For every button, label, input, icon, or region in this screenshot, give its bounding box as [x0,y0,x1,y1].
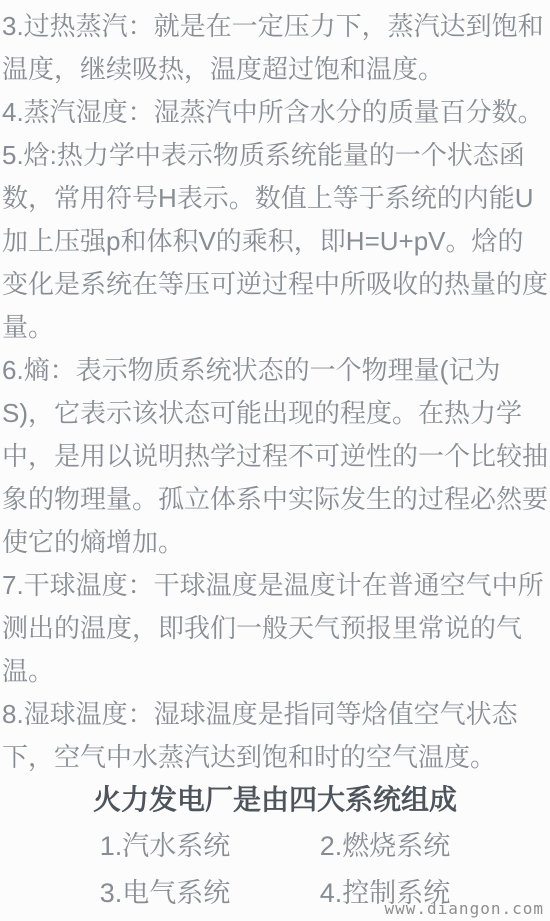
system-item-steam-water: 1.汽水系统 [55,829,275,863]
definition-paragraph-entropy: 6.熵：表示物质系统状态的一个物理量(记为S)，它表示该状态可能出现的程度。在热… [2,349,548,564]
definition-paragraph-wet-bulb-temperature: 8.湿球温度：湿球温度是指同等焓值空气状态下，空气中水蒸汽达到饱和时的空气温度。 [2,693,548,779]
definitions-list: 3.过热蒸汽：就是在一定压力下，蒸汽达到饱和温度，继续吸热，温度超过饱和温度。 … [0,0,550,779]
definition-paragraph-superheated-steam: 3.过热蒸汽：就是在一定压力下，蒸汽达到饱和温度，继续吸热，温度超过饱和温度。 [2,5,548,91]
system-item-combustion: 2.燃烧系统 [275,829,495,863]
article-page: 3.过热蒸汽：就是在一定压力下，蒸汽达到饱和温度，继续吸热，温度超过饱和温度。 … [0,0,550,921]
watermark-url: www.diangon.com [385,899,545,918]
definition-paragraph-enthalpy: 5.焓:热力学中表示物质系统能量的一个状态函数，常用符号H表示。数值上等于系统的… [2,134,548,349]
definition-paragraph-dry-bulb-temperature: 7.干球温度：干球温度是温度计在普通空气中所测出的温度，即我们一般天气预报里常说… [2,564,548,693]
systems-grid: 1.汽水系统 2.燃烧系统 3.电气系统 4.控制系统 [55,829,495,910]
four-systems-section: 火力发电厂是由四大系统组成 1.汽水系统 2.燃烧系统 3.电气系统 4.控制系… [0,781,550,910]
system-item-electrical: 3.电气系统 [55,876,275,910]
section-title: 火力发电厂是由四大系统组成 [0,781,550,819]
definition-paragraph-steam-wetness: 4.蒸汽湿度：湿蒸汽中所含水分的质量百分数。 [2,91,548,134]
